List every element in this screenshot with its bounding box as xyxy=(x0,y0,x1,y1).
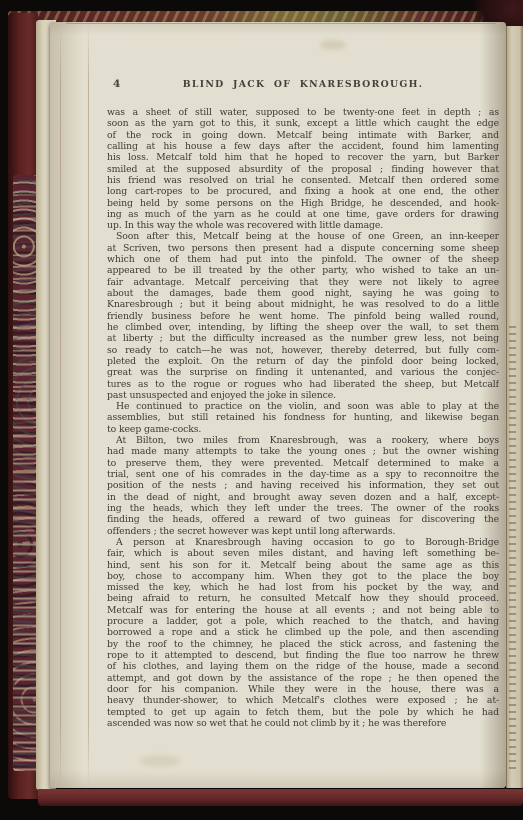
text-line: being held by some persons on the High B… xyxy=(107,198,499,209)
text-line: heavy thunder-shower, to which Metcalf's… xyxy=(107,695,499,706)
text-line: calling at his house a few days after th… xyxy=(107,141,499,152)
paper-stain xyxy=(140,755,180,767)
text-line: in the dead of night, and brought away s… xyxy=(107,492,499,503)
page-top-edge-line xyxy=(66,23,496,24)
text-line: tempted to get up again to fetch them, b… xyxy=(107,707,499,718)
opposite-page-sliver xyxy=(506,26,523,788)
text-line: borrowed a rope and a stick he climbed u… xyxy=(107,627,499,638)
text-line: smiled at the supposed absurdity of the … xyxy=(107,164,499,175)
text-line: he climbed over, intending, by lifting t… xyxy=(107,322,499,333)
text-line: assemblies, but still retained his fondn… xyxy=(107,412,499,423)
text-line: at liberty ; but the difficulty increase… xyxy=(107,333,499,344)
text-line: to preserve them, they were prevented. M… xyxy=(107,458,499,469)
paper-stain xyxy=(320,40,346,50)
text-line: was a sheet of still water, supposed to … xyxy=(107,107,499,118)
text-column: was a sheet of still water, supposed to … xyxy=(107,107,499,729)
text-line: boy, chose to accompany him. When they g… xyxy=(107,571,499,582)
page-crease-line xyxy=(88,24,89,786)
page-crease-line xyxy=(60,24,61,786)
text-line: position of the nests ; and having recei… xyxy=(107,480,499,491)
text-line: had made many attempts to take the young… xyxy=(107,446,499,457)
text-line: A person at Knaresbrough having occasion… xyxy=(107,537,499,548)
text-line: his friend was resolved on trial he cons… xyxy=(107,175,499,186)
text-line: friendly business before he went home. T… xyxy=(107,311,499,322)
text-line: soon as the yarn got to this, it sunk, e… xyxy=(107,118,499,129)
text-line: Knaresbrough ; but it being about midnig… xyxy=(107,299,499,310)
text-line: finding the heads, offered a reward of t… xyxy=(107,514,499,525)
text-line: of the rock in going down. Metcalf being… xyxy=(107,130,499,141)
text-line: up. In this way the whole was recovered … xyxy=(107,220,499,231)
text-line: Soon after this, Metcalf being at the ho… xyxy=(107,231,499,242)
text-line: which one of them had put into the pinfo… xyxy=(107,254,499,265)
text-line: at Scriven, two persons then present had… xyxy=(107,243,499,254)
text-line: rope to it attempted to descend, but fin… xyxy=(107,650,499,661)
text-line: missed the key, which he had lost from h… xyxy=(107,582,499,593)
text-line: to keep game-cocks. xyxy=(107,424,499,435)
text-line: his loss. Metcalf told him that he hoped… xyxy=(107,152,499,163)
text-line: so ready to catch—he was not, however, t… xyxy=(107,345,499,356)
text-line: attempt, and got down by the assistance … xyxy=(107,673,499,684)
ghost-text-show-through xyxy=(509,326,516,771)
text-line: of his clothes, and laying them on the r… xyxy=(107,661,499,672)
text-line: door for his companion. While they were … xyxy=(107,684,499,695)
text-line: procure a ladder, got a pole, which reac… xyxy=(107,616,499,627)
scanned-book-photo: 4 BLIND JACK OF KNARESBOROUGH. was a she… xyxy=(0,0,523,820)
text-line: past unsuspected and enjoyed the joke in… xyxy=(107,390,499,401)
text-line: Metcalf was for entering the house at al… xyxy=(107,605,499,616)
text-line: being afraid to return, he consulted Met… xyxy=(107,593,499,604)
text-line: fair, which is about seven miles distant… xyxy=(107,548,499,559)
text-line: hind, sent his son for it. Metcalf being… xyxy=(107,560,499,571)
text-line: appeared to be ill treated by the other … xyxy=(107,265,499,276)
text-line: great was the surprise on finding it unt… xyxy=(107,367,499,378)
text-line: long cart-ropes to be procured, and fixi… xyxy=(107,186,499,197)
text-line: ing the heads, which they left under the… xyxy=(107,503,499,514)
text-line: offenders ; the secret however was kept … xyxy=(107,526,499,537)
text-line: trial, sent one of his comrades in the d… xyxy=(107,469,499,480)
text-line: tures as to the rogue or rogues who had … xyxy=(107,379,499,390)
book-bottom-cover xyxy=(38,789,523,806)
text-line: ing as much of the yarn as he could at o… xyxy=(107,209,499,220)
running-header: BLIND JACK OF KNARESBOROUGH. xyxy=(107,79,499,90)
text-line: At Bilton, two miles from Knaresbrough, … xyxy=(107,435,499,446)
text-line: by the roof to the chimney, he placed th… xyxy=(107,639,499,650)
text-line: fair advantage. Metcalf perceiving that … xyxy=(107,277,499,288)
text-line: He continued to practice on the violin, … xyxy=(107,401,499,412)
text-line: about the damages, bade them good night,… xyxy=(107,288,499,299)
text-line: pleted the exploit. On the return of day… xyxy=(107,356,499,367)
text-line: ascended was now so wet that he could no… xyxy=(107,718,499,729)
